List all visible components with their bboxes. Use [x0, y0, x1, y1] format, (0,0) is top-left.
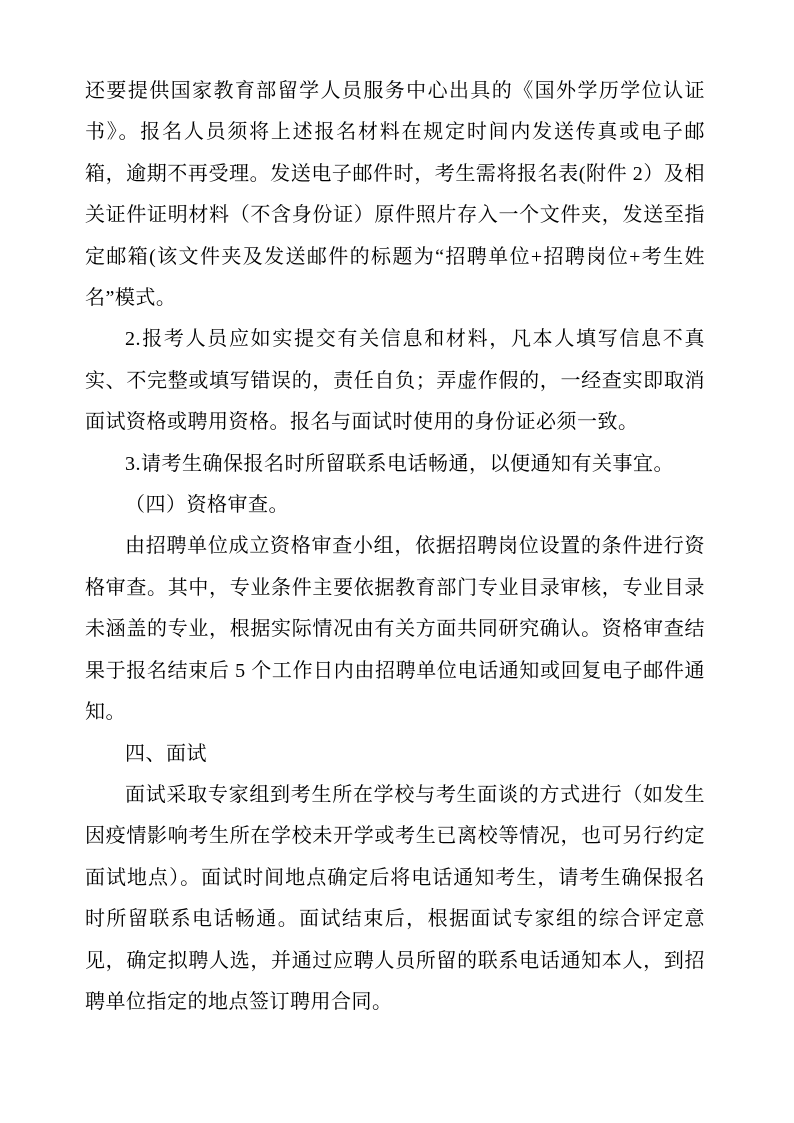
paragraph: 由招聘单位成立资格审查小组，依据招聘岗位设置的条件进行资格审查。其中，专业条件主… [85, 526, 705, 733]
document-body: 还要提供国家教育部留学人员服务中心出具的《国外学历学位认证书》。报名人员须将上述… [85, 71, 705, 1023]
paragraph: 还要提供国家教育部留学人员服务中心出具的《国外学历学位认证书》。报名人员须将上述… [85, 71, 705, 319]
paragraph: 面试采取专家组到考生所在学校与考生面谈的方式进行（如发生因疫情影响考生所在学校未… [85, 775, 705, 1023]
document-page: 还要提供国家教育部留学人员服务中心出具的《国外学历学位认证书》。报名人员须将上述… [0, 0, 794, 1123]
section-heading: 四、面试 [85, 734, 705, 775]
paragraph: （四）资格审查。 [85, 485, 705, 526]
paragraph: 2.报考人员应如实提交有关信息和材料，凡本人填写信息不真实、不完整或填写错误的，… [85, 319, 705, 443]
paragraph: 3.请考生确保报名时所留联系电话畅通，以便通知有关事宜。 [85, 444, 705, 485]
